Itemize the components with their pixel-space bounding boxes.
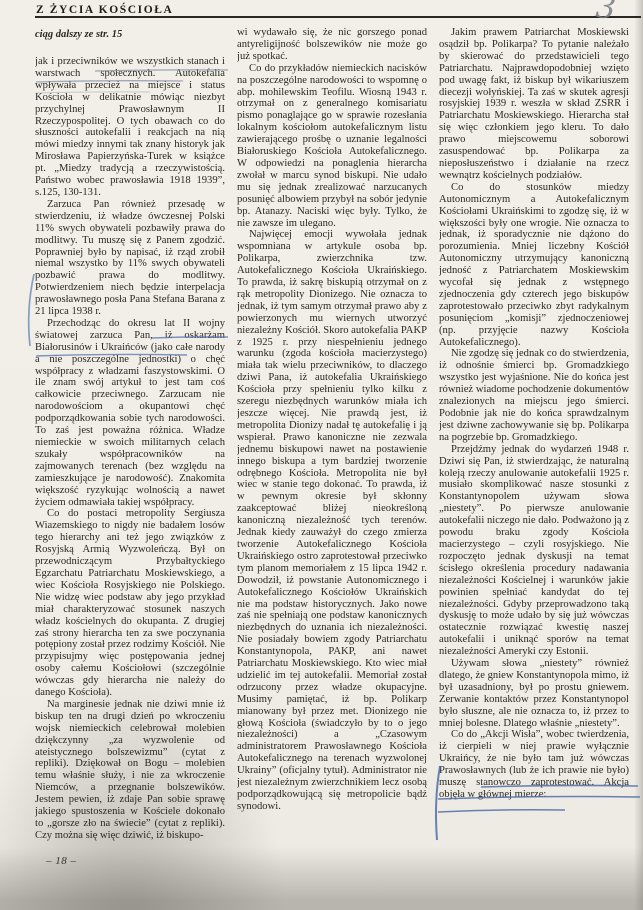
paragraph: Co do przykładów niemieckich nacisków na… (237, 63, 427, 230)
paragraph: Jakim prawem Patriarchat Moskiewski osąd… (439, 27, 629, 182)
text-columns: ciąg dalszy ze str. 15 jak i przeciwnikó… (35, 27, 629, 853)
handwritten-page-number: 3 (594, 0, 617, 27)
paragraph: Nie zgodzę się jednak co do stwierdzenia… (439, 348, 629, 443)
paragraph: Przejdźmy jednak do wydarzeń 1948 r. Dzi… (439, 444, 629, 658)
header-rule (35, 16, 641, 18)
paragraph: jak i przeciwników we wszystkich stanach… (35, 56, 225, 199)
pen-margin-stroke (29, 274, 34, 346)
column-right: Jakim prawem Patriarchat Moskiewski osąd… (439, 27, 629, 853)
page-title: Z ŻYCIA KOŚCIOŁA (36, 4, 173, 16)
continuation-note: ciąg dalszy ze str. 15 (35, 29, 225, 40)
column-left: ciąg dalszy ze str. 15 jak i przeciwnikó… (35, 27, 225, 853)
paragraph: Zarzuca Pan również przesadę w stwierdze… (35, 199, 225, 318)
scanned-page: Z ŻYCIA KOŚCIOŁA 3 ciąg dalszy ze str. 1… (0, 0, 643, 910)
paragraph: Przechodząc do okresu lat II wojny świat… (35, 318, 225, 509)
paragraph: Używam słowa „niestety” również dlatego,… (439, 658, 629, 729)
paragraph: Na marginesie jednak nie dziwi mnie iż b… (35, 699, 225, 842)
paragraph: Najwięcej emocji wywołała jednak wspomni… (237, 229, 427, 812)
printed-page-number: – 18 – (46, 855, 77, 867)
paragraph: Co do stosunków miedzy Autonomicznym a A… (439, 182, 629, 349)
paragraph: Co do „Akcji Wisła”, wobec twierdzenia, … (439, 729, 629, 800)
paragraph: Co do postaci metropolity Sergiusza Wiaz… (35, 508, 225, 699)
column-middle: wi wydawało się, że nic gorszego ponad a… (237, 27, 427, 853)
paragraph: wi wydawało się, że nic gorszego ponad a… (237, 27, 427, 63)
